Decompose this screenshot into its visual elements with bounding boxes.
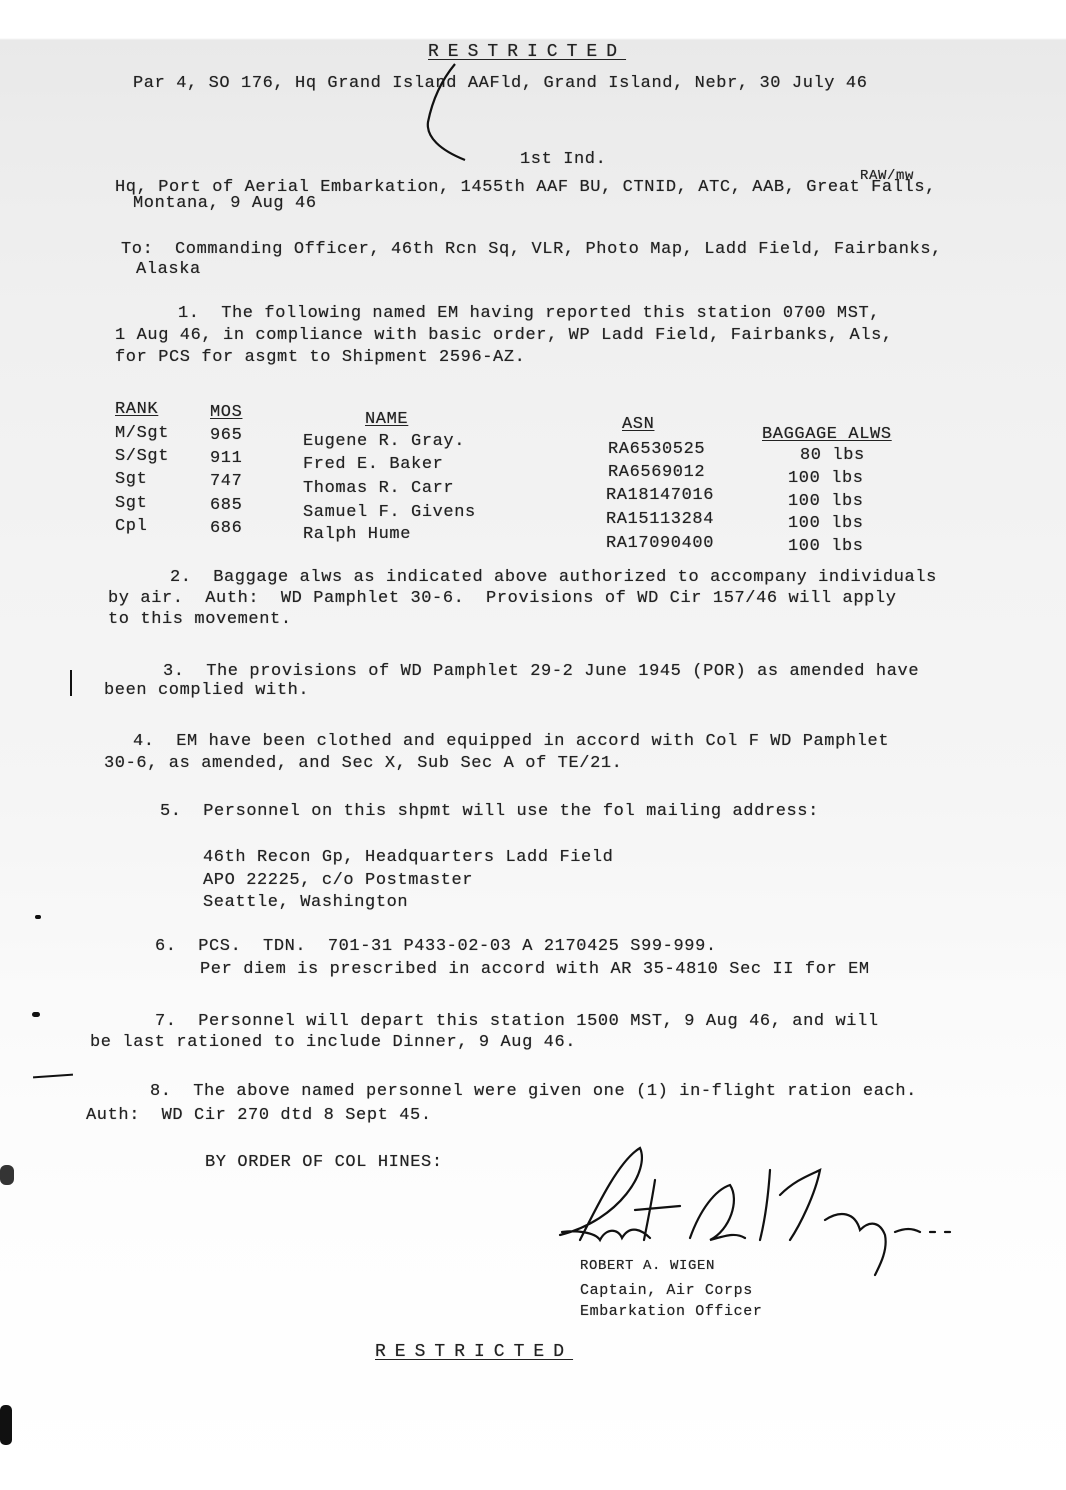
cell-asn: RA18147016: [606, 486, 714, 505]
paragraph-3-line-1: 3. The provisions of WD Pamphlet 29-2 Ju…: [163, 662, 919, 681]
signer-name: ROBERT A. WIGEN: [580, 1258, 715, 1274]
paragraph-1-line-1: 1. The following named EM having reporte…: [178, 304, 880, 323]
paragraph-2-line-2: by air. Auth: WD Pamphlet 30-6. Provisio…: [108, 589, 897, 608]
margin-speck: [32, 1012, 40, 1017]
cell-name: Eugene R. Gray.: [303, 432, 465, 451]
paragraph-4-line-2: 30-6, as amended, and Sec X, Sub Sec A o…: [104, 754, 622, 773]
column-header-baggage: BAGGAGE ALWS: [762, 425, 892, 444]
paragraph-4-line-1: 4. EM have been clothed and equipped in …: [133, 732, 889, 751]
paragraph-6-line-1: 6. PCS. TDN. 701-31 P433-02-03 A 2170425…: [155, 937, 717, 956]
paragraph-2-line-3: to this movement.: [108, 610, 292, 629]
signer-title: Embarkation Officer: [580, 1303, 762, 1320]
paragraph-1-line-2: 1 Aug 46, in compliance with basic order…: [115, 326, 893, 345]
cell-mos: 686: [210, 519, 242, 538]
cell-asn: RA15113284: [606, 510, 714, 529]
cell-baggage: 100 lbs: [788, 469, 864, 488]
paragraph-1-line-3: for PCS for asgmt to Shipment 2596-AZ.: [115, 348, 525, 367]
column-header-name: NAME: [365, 410, 408, 429]
paragraph-5-line-1: 5. Personnel on this shpmt will use the …: [160, 802, 819, 821]
cell-baggage: 100 lbs: [788, 514, 864, 533]
cell-asn: RA6569012: [608, 463, 705, 482]
cell-name: Samuel F. Givens: [303, 503, 476, 522]
to-line-2: Alaska: [136, 260, 201, 279]
cell-mos: 685: [210, 496, 242, 515]
cell-mos: 911: [210, 449, 242, 468]
cell-name: Fred E. Baker: [303, 455, 443, 474]
paragraph-2-line-1: 2. Baggage alws as indicated above autho…: [170, 568, 937, 587]
mailing-address-line-2: APO 22225, c/o Postmaster: [203, 871, 473, 890]
margin-dash-mark: [33, 1074, 73, 1079]
paragraph-7-line-2: be last rationed to include Dinner, 9 Au…: [90, 1033, 576, 1052]
cell-rank: Sgt: [115, 470, 147, 489]
cell-asn: RA17090400: [606, 534, 714, 553]
paragraph-3-line-2: been complied with.: [104, 681, 309, 700]
column-header-mos: MOS: [210, 403, 242, 422]
cell-asn: RA6530525: [608, 440, 705, 459]
paragraph-7-line-1: 7. Personnel will depart this station 15…: [155, 1012, 879, 1031]
mailing-address-line-3: Seattle, Washington: [203, 893, 408, 912]
cell-baggage: 80 lbs: [800, 446, 865, 465]
paragraph-6-line-2: Per diem is prescribed in accord with AR…: [200, 960, 870, 979]
indorsement-label: 1st Ind.: [520, 150, 606, 169]
paragraph-8-line-2: Auth: WD Cir 270 dtd 8 Sept 45.: [86, 1106, 432, 1125]
handwritten-signature: [540, 1140, 1000, 1300]
cell-mos: 747: [210, 472, 242, 491]
authority-line: BY ORDER OF COL HINES:: [205, 1153, 443, 1172]
cell-name: Ralph Hume: [303, 525, 411, 544]
cell-baggage: 100 lbs: [788, 492, 864, 511]
mailing-address-line-1: 46th Recon Gp, Headquarters Ladd Field: [203, 848, 613, 867]
margin-speck: [35, 915, 41, 919]
to-line-1: To: Commanding Officer, 46th Rcn Sq, VLR…: [121, 240, 942, 259]
signer-rank: Captain, Air Corps: [580, 1282, 753, 1299]
cell-rank: S/Sgt: [115, 447, 169, 466]
cell-name: Thomas R. Carr: [303, 479, 454, 498]
cell-rank: Cpl: [115, 517, 147, 536]
column-header-asn: ASN: [622, 415, 654, 434]
margin-blot: [0, 1405, 12, 1445]
margin-tick-mark: [70, 670, 72, 696]
cell-rank: M/Sgt: [115, 424, 169, 443]
column-header-rank: RANK: [115, 400, 158, 419]
cell-rank: Sgt: [115, 494, 147, 513]
document-page: RESTRICTED Par 4, SO 176, Hq Grand Islan…: [0, 0, 1066, 1490]
margin-blot: [0, 1165, 14, 1185]
paragraph-8-line-1: 8. The above named personnel were given …: [150, 1082, 917, 1101]
handwritten-bracket-mark: [410, 62, 500, 172]
cell-baggage: 100 lbs: [788, 537, 864, 556]
classification-top: RESTRICTED: [428, 42, 626, 62]
basic-order-line: Par 4, SO 176, Hq Grand Island AAFld, Gr…: [133, 74, 868, 93]
cell-mos: 965: [210, 426, 242, 445]
from-line-2: Montana, 9 Aug 46: [133, 194, 317, 213]
classification-bottom: RESTRICTED: [375, 1342, 573, 1362]
